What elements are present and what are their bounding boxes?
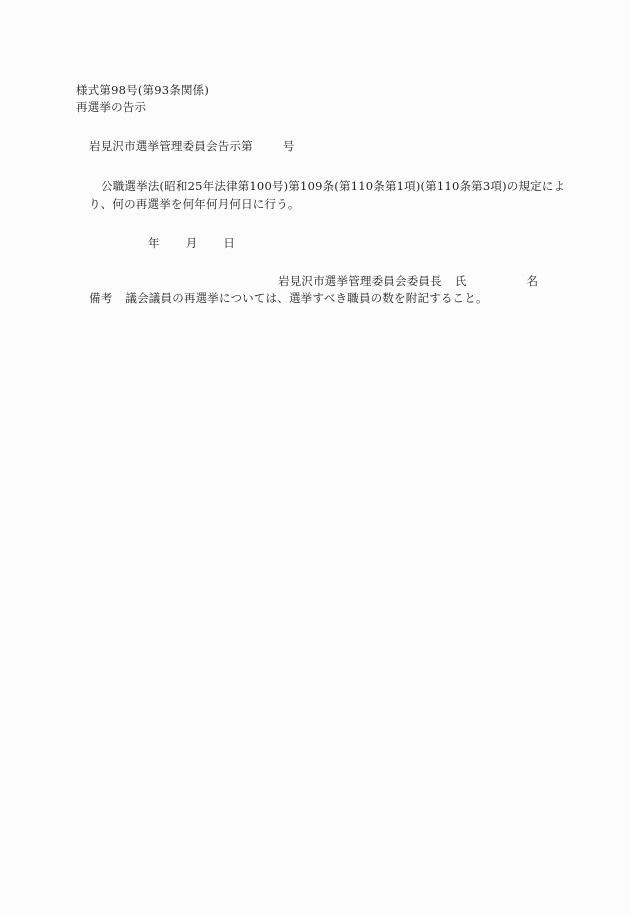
signature-line: 岩見沢市選挙管理委員会委員長氏名	[278, 274, 538, 289]
body-line-1: 公職選挙法(昭和25年法律第100号)第109条(第110条第1項)(第110条…	[101, 179, 565, 194]
document-title: 再選挙の告示	[76, 100, 146, 115]
notice-header-prefix: 岩見沢市選挙管理委員会告示第	[89, 139, 253, 153]
date-line: 年月日	[148, 236, 235, 251]
notice-header: 岩見沢市選挙管理委員会告示第号	[89, 139, 295, 154]
date-year: 年	[148, 236, 160, 250]
remarks-text: 議会議員の再選挙については、選挙すべき職員の数を附記すること。	[125, 291, 487, 305]
form-number: 様式第98号(第93条関係)	[76, 83, 209, 98]
date-day: 日	[223, 236, 235, 250]
signature-name-label-2: 名	[527, 274, 539, 288]
remarks-label: 備考	[89, 291, 112, 305]
signature-title: 岩見沢市選挙管理委員会委員長	[278, 274, 442, 288]
notice-header-suffix: 号	[283, 139, 295, 153]
signature-name-label-1: 氏	[455, 274, 467, 288]
body-line-2: り、何の再選挙を何年何月何日に行う。	[89, 197, 300, 212]
date-month: 月	[186, 236, 198, 250]
remarks-line: 備考議会議員の再選挙については、選挙すべき職員の数を附記すること。	[89, 291, 488, 306]
